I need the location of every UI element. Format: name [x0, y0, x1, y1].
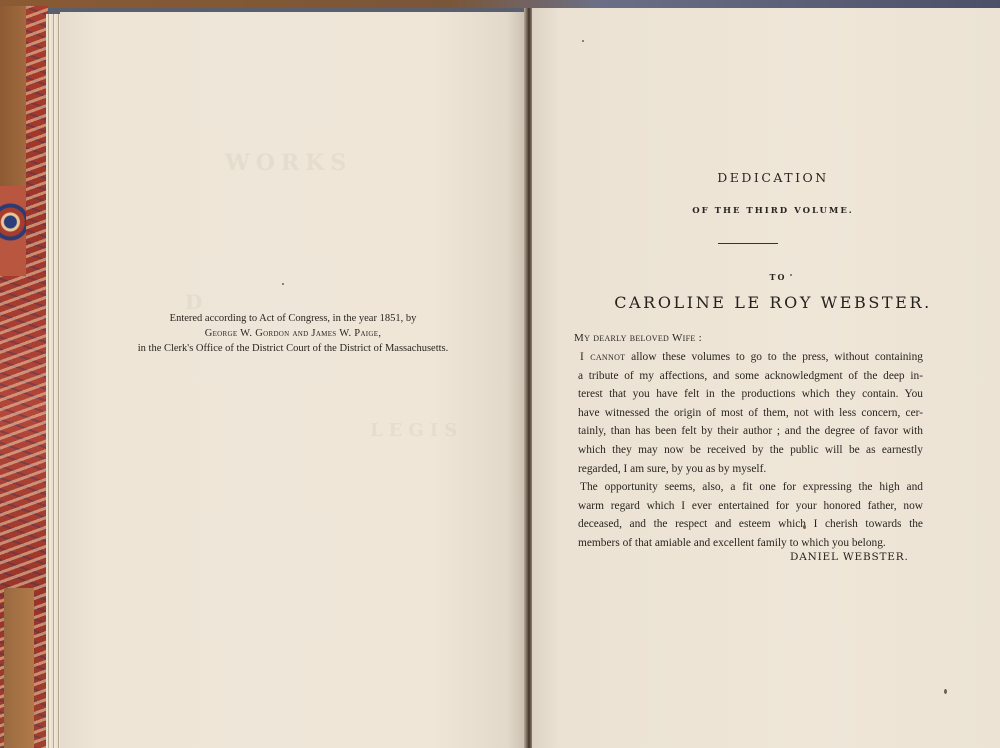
- copyright-line-3: in the Clerk's Office of the District Co…: [60, 341, 526, 356]
- background-top-edge: [0, 0, 1000, 8]
- divider-rule: [718, 243, 778, 244]
- paper-speck: [582, 40, 584, 42]
- text-line: The opportunity seems, also, a fit one f…: [576, 478, 923, 497]
- marble-pattern: [0, 186, 26, 276]
- leather-corner-bottom: [4, 588, 34, 748]
- show-through-text: LEGIS: [370, 420, 463, 441]
- copyright-line-1: Entered according to Act of Congress, in…: [60, 311, 526, 326]
- salutation: My dearly beloved Wife :: [574, 332, 702, 344]
- leather-corner-top: [0, 6, 26, 186]
- text-line: warm regard which I ever entertained for…: [576, 497, 923, 516]
- copyright-notice: Entered according to Act of Congress, in…: [60, 311, 526, 356]
- dedication-body: I cannot allow these volumes to go to th…: [576, 348, 923, 553]
- paper-speck: [944, 689, 947, 694]
- dedication-recipient: CAROLINE LE ROY WEBSTER.: [532, 293, 1000, 312]
- paragraph-2: The opportunity seems, also, a fit one f…: [576, 478, 923, 552]
- text-line: terest that you have felt in the product…: [576, 385, 923, 404]
- text-line: have witnessed the origin of most of the…: [576, 404, 923, 423]
- dedication-subtitle: OF THE THIRD VOLUME.: [532, 206, 1000, 216]
- text-line: regarded, I am sure, by you as by myself…: [576, 460, 923, 479]
- text-line: members of that amiable and excellent fa…: [576, 534, 923, 553]
- paper-stain: [803, 525, 806, 529]
- text-line: deceased, and the respect and esteem whi…: [576, 515, 923, 534]
- copyright-line-2: George W. Gordon and James W. Paige,: [60, 326, 526, 341]
- signature: DANIEL WEBSTER.: [790, 551, 909, 563]
- text-line: which they may now be received by the pu…: [576, 441, 923, 460]
- lead-word: I cannot: [580, 351, 625, 363]
- show-through-text: WORKS: [225, 150, 352, 176]
- paper-speck: [790, 274, 792, 276]
- paragraph-1: I cannot allow these volumes to go to th…: [576, 348, 923, 478]
- dedication-title: DEDICATION: [532, 170, 1000, 185]
- text-line: tainly, than has been felt by their auth…: [576, 422, 923, 441]
- paper-speck: [282, 283, 284, 285]
- text-line: I cannot allow these volumes to go to th…: [576, 348, 923, 367]
- dedication-to: TO: [532, 272, 1000, 282]
- text-line: a tribute of my affections, and some ack…: [576, 367, 923, 386]
- left-page: [60, 12, 526, 748]
